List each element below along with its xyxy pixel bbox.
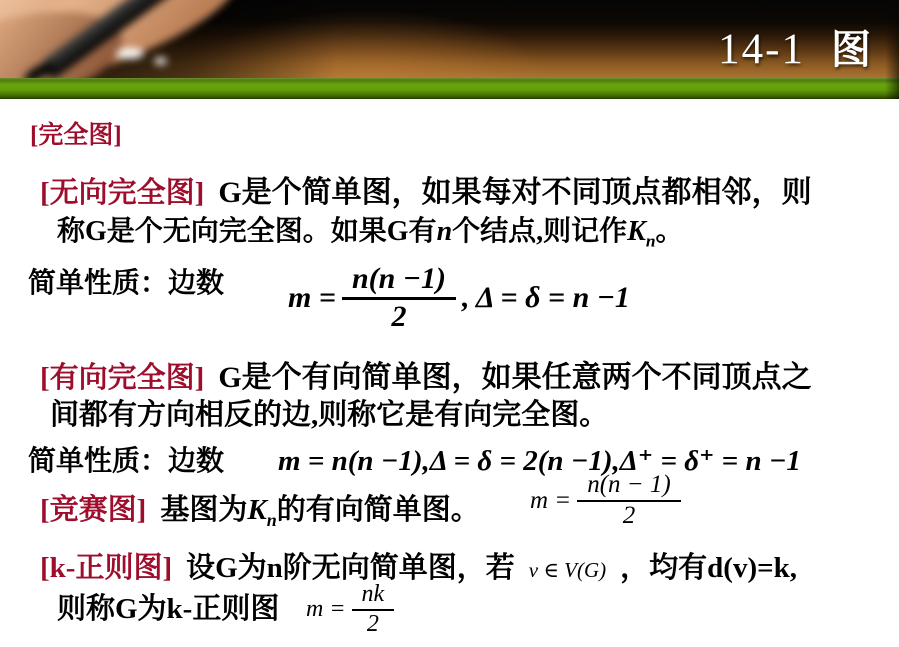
- tournament-line: [竞赛图]基图为Kn的有向简单图。: [40, 487, 480, 531]
- formula-edges-undirected: m = n(n −1) 2 , Δ = δ = n −1: [288, 262, 630, 333]
- math-K-sub: n: [646, 232, 656, 251]
- formula-lhs: m =: [530, 487, 571, 515]
- fraction-numerator: n(n − 1): [577, 471, 681, 502]
- property2-label: 简单性质：边数: [28, 446, 224, 477]
- directed-complete-line1: [有向完全图]G是个有向简单图，如果任意两个不同顶点之: [40, 352, 812, 396]
- k-regular-line1: [k-正则图]设G为n阶无向简单图，若v ∈ V(G)，均有d(v)=k,: [40, 545, 797, 586]
- directed-text1: G是个有向简单图，如果任意两个不同顶点之: [218, 361, 811, 394]
- fraction-numerator: n(n −1): [342, 262, 456, 300]
- page-title: 14-1 图: [718, 18, 873, 75]
- math-K-sub: n: [267, 510, 277, 530]
- fraction-numerator: nk: [352, 581, 395, 611]
- formula-v-in-VG: v ∈ V(G): [529, 558, 606, 582]
- undirected-text2-mid: 个结点,则记作: [452, 216, 627, 247]
- slide-root: 14-1 图 [完全图] [无向完全图]G是个简单图，如果每对不同顶点都相邻，则…: [0, 0, 899, 647]
- tournament-text-pre: 基图为: [160, 494, 247, 526]
- undirected-complete-line1: [无向完全图]G是个简单图，如果每对不同顶点都相邻，则: [40, 167, 812, 211]
- undirected-text2-pre: 称G是个无向完全图。如果G有: [57, 216, 437, 247]
- hand-writing-photo: [0, 0, 400, 78]
- header-right-edge-shade: [885, 0, 899, 99]
- highlight-speck: [116, 48, 144, 59]
- label-tournament: [竞赛图]: [40, 494, 146, 526]
- formula-edges-tournament: m = n(n − 1) 2: [530, 471, 687, 530]
- highlight-speck: [154, 57, 167, 65]
- fraction-denominator: 2: [391, 300, 406, 334]
- undirected-text1: G是个简单图，如果每对不同顶点都相邻，则: [218, 176, 811, 209]
- formula-edges-k-regular: m = nk 2: [306, 581, 400, 638]
- label-k-regular: [k-正则图]: [40, 552, 172, 584]
- green-divider-bar: [0, 78, 899, 99]
- math-K: K: [247, 494, 266, 526]
- undirected-complete-line2: 称G是个无向完全图。如果G有n个结点,则记作Kn。: [57, 209, 684, 252]
- fraction-denominator: 2: [367, 611, 379, 638]
- fraction: n(n − 1) 2: [577, 471, 681, 530]
- property1-label: 简单性质：边数: [28, 261, 224, 301]
- label-directed-complete: [有向完全图]: [40, 362, 204, 394]
- undirected-text2-end: 。: [656, 216, 684, 247]
- tournament-text-post: 的有向简单图。: [277, 494, 480, 526]
- page-title-word: 图: [831, 27, 873, 72]
- math-n: n: [437, 216, 453, 247]
- k-regular-line2: 则称G为k-正则图: [57, 586, 279, 627]
- formula-lhs: m =: [288, 281, 336, 315]
- fraction: n(n −1) 2: [342, 262, 456, 333]
- math-K: K: [627, 216, 646, 247]
- section-label-complete-graph: [完全图]: [30, 115, 122, 151]
- label-undirected-complete: [无向完全图]: [40, 177, 204, 209]
- k-regular-text-post: ，均有d(v)=k,: [620, 552, 797, 584]
- k-regular-text-pre: 设G为n阶无向简单图，若: [186, 552, 515, 584]
- fraction-denominator: 2: [623, 502, 636, 530]
- slide-header: 14-1 图: [0, 0, 899, 99]
- fraction: nk 2: [352, 581, 395, 638]
- formula-tail: , Δ = δ = n −1: [462, 281, 630, 315]
- formula-lhs: m =: [306, 596, 346, 623]
- slide-body: [完全图] [无向完全图]G是个简单图，如果每对不同顶点都相邻，则 称G是个无向…: [0, 99, 899, 647]
- directed-complete-line2: 间都有方向相反的边,则称它是有向完全图。: [50, 392, 608, 433]
- page-title-number: 14-1: [718, 26, 805, 73]
